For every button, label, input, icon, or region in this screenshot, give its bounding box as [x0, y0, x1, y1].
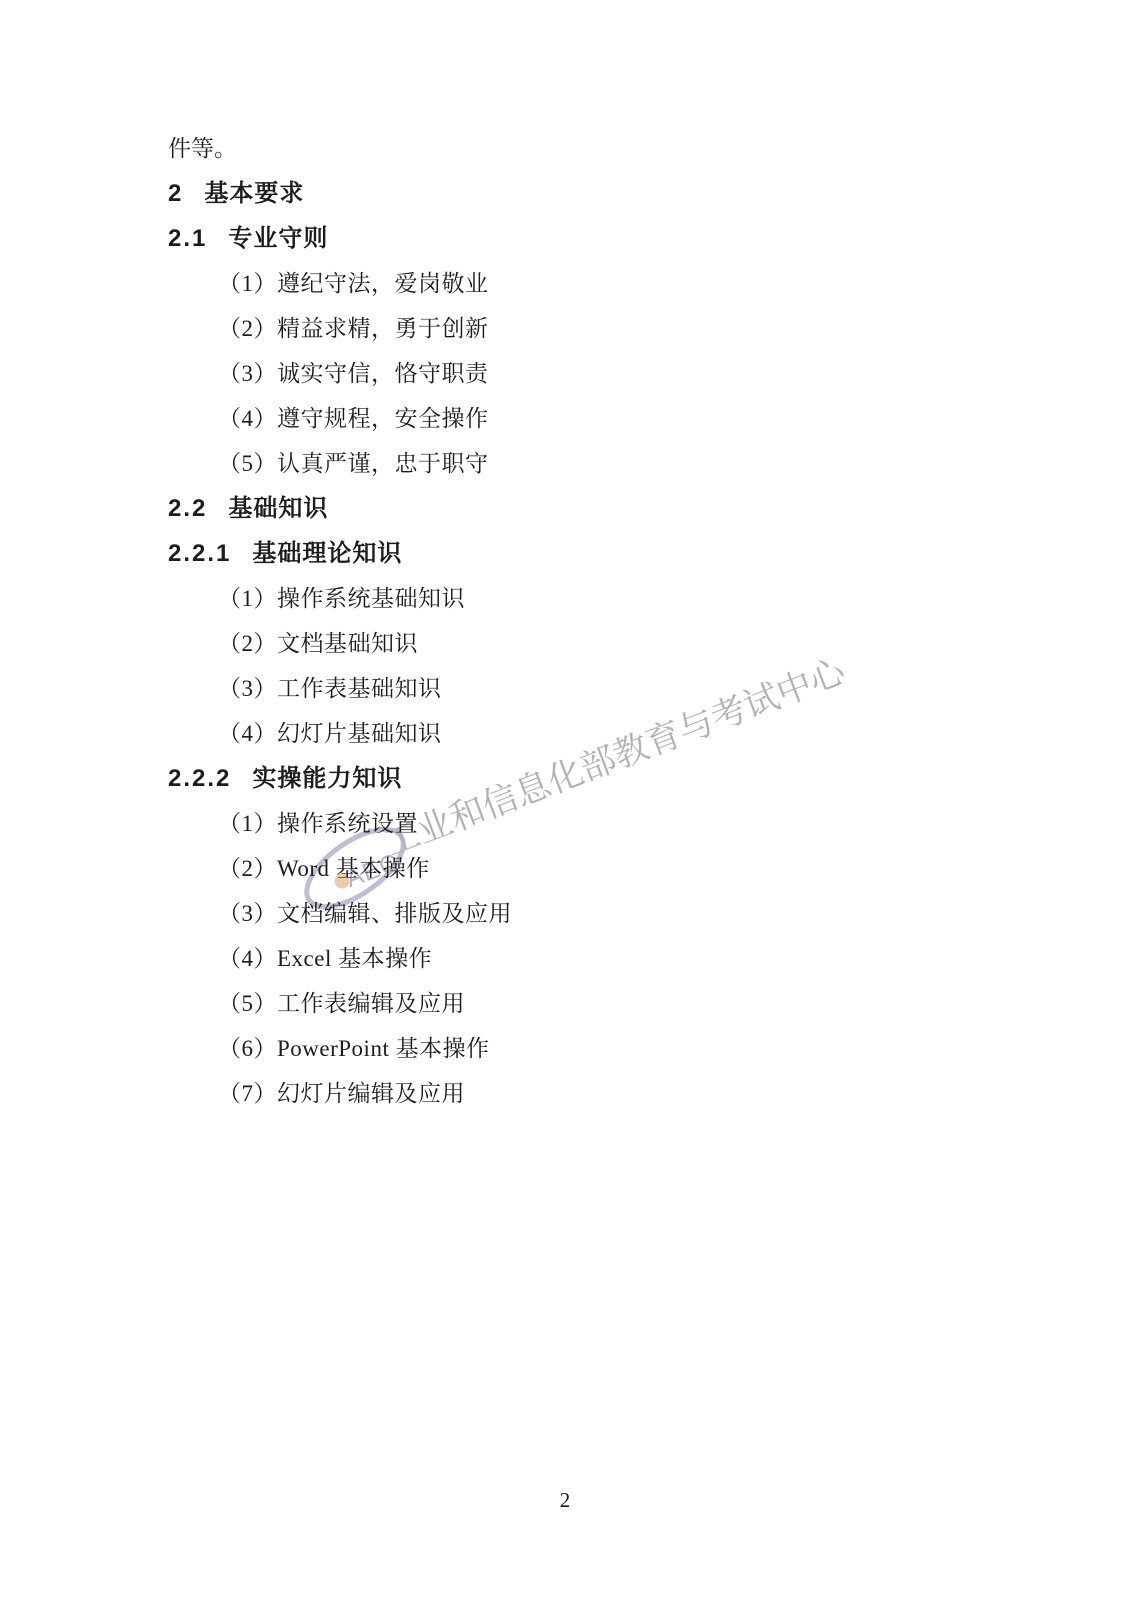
heading-number: 2	[168, 171, 183, 216]
list-item: （3）诚实守信，恪守职责	[168, 351, 978, 396]
heading-number: 2.1	[168, 216, 207, 261]
heading-section-2-2: 2.2 基础知识	[168, 486, 978, 531]
list-item: （4）遵守规程，安全操作	[168, 396, 978, 441]
list-item: （3）文档编辑、排版及应用	[168, 891, 978, 936]
list-item: （3）工作表基础知识	[168, 666, 978, 711]
heading-title: 基本要求	[204, 171, 304, 216]
list-item: （1）遵纪守法，爱岗敬业	[168, 261, 978, 306]
heading-number: 2.2	[168, 486, 207, 531]
heading-section-2-1: 2.1 专业守则	[168, 216, 978, 261]
list-item: （1）操作系统设置	[168, 801, 978, 846]
heading-title: 实操能力知识	[252, 756, 402, 801]
heading-title: 基础知识	[228, 486, 328, 531]
list-item: （1）操作系统基础知识	[168, 576, 978, 621]
heading-section-2-2-2: 2.2.2 实操能力知识	[168, 756, 978, 801]
list-item: （5）认真严谨，忠于职守	[168, 441, 978, 486]
document-page: AEC 工业和信息化部教育与考试中心 件等。 2 基本要求 2.1 专业守则 （…	[0, 0, 1130, 1600]
list-item: （2）精益求精，勇于创新	[168, 306, 978, 351]
list-item: （2）文档基础知识	[168, 621, 978, 666]
list-item: （5）工作表编辑及应用	[168, 981, 978, 1026]
list-item: （4）幻灯片基础知识	[168, 711, 978, 756]
heading-title: 专业守则	[228, 216, 328, 261]
page-number: 2	[0, 1488, 1130, 1513]
heading-number: 2.2.2	[168, 756, 231, 801]
paragraph-continuation: 件等。	[168, 126, 978, 171]
heading-number: 2.2.1	[168, 531, 231, 576]
heading-section-2-2-1: 2.2.1 基础理论知识	[168, 531, 978, 576]
list-item: （4）Excel 基本操作	[168, 936, 978, 981]
document-content: 件等。 2 基本要求 2.1 专业守则 （1）遵纪守法，爱岗敬业 （2）精益求精…	[168, 126, 978, 1116]
list-item: （7）幻灯片编辑及应用	[168, 1071, 978, 1116]
heading-title: 基础理论知识	[252, 531, 402, 576]
list-item: （2）Word 基本操作	[168, 846, 978, 891]
heading-section-2: 2 基本要求	[168, 171, 978, 216]
list-item: （6）PowerPoint 基本操作	[168, 1026, 978, 1071]
